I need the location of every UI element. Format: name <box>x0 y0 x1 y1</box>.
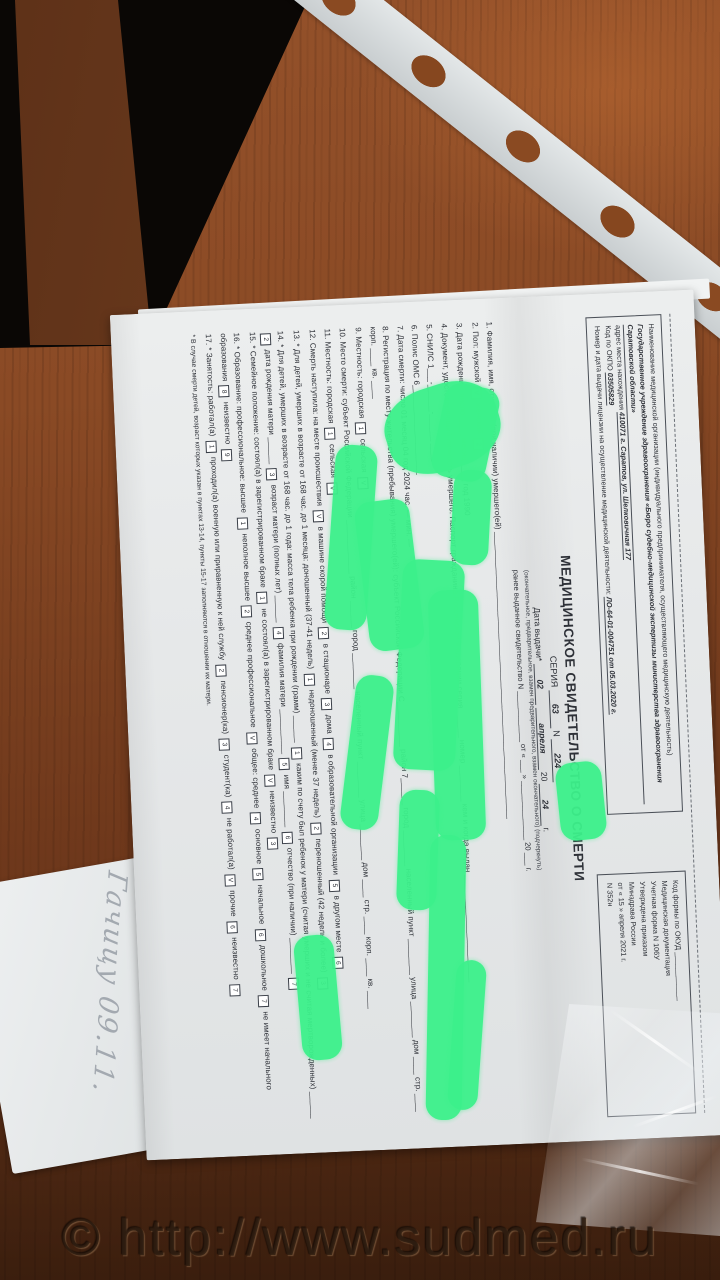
checkbox: 2 <box>317 627 329 639</box>
checkbox: 6 <box>226 921 238 933</box>
series-value: 63 <box>549 690 562 728</box>
checkbox: V <box>224 874 236 886</box>
checkbox: 3 <box>266 468 278 480</box>
checkbox: 7 <box>258 995 270 1007</box>
issue-label: Дата выдачи* <box>532 607 544 661</box>
checkbox: 1 <box>354 422 366 434</box>
checkbox: V <box>264 774 276 786</box>
checkbox: 6 <box>255 929 267 941</box>
series-label: СЕРИЯ <box>549 656 560 688</box>
checkbox: 5 <box>328 879 340 891</box>
sudmed-watermark: © http://www.sudmed.ru <box>0 1208 720 1268</box>
marker-redaction <box>450 469 493 566</box>
checkbox: 1 <box>205 440 217 452</box>
checkbox: 1 <box>256 592 268 604</box>
issue-day: 02 <box>534 663 547 705</box>
checkbox: 4 <box>273 627 285 639</box>
organization-box: Наименование медицинской организации (ин… <box>585 314 683 815</box>
okpo-label: Код по ОКПО <box>603 325 614 371</box>
checkbox: 8 <box>218 385 230 397</box>
checkbox: 4 <box>221 801 233 813</box>
pencil-note: Гачицу 09.11. <box>28 856 133 1104</box>
checkbox: V <box>312 510 324 522</box>
checkbox: 4 <box>250 812 262 824</box>
checkbox: 6 <box>282 831 294 843</box>
issue-year: 24 <box>539 783 552 825</box>
okpo-value: 03505829 <box>605 373 616 406</box>
checkbox: 1 <box>237 517 249 529</box>
checkbox: 5 <box>279 758 291 770</box>
checkbox: 2 <box>241 605 253 617</box>
checkbox: 5 <box>252 868 264 880</box>
issue-year-prefix: 20 <box>540 772 550 782</box>
checkbox: 2 <box>215 664 227 676</box>
checkbox: 7 <box>229 984 241 996</box>
photo-of-death-certificate: Гачицу 09.11. Наименование медицинской о… <box>0 0 720 1280</box>
checkbox: 1 <box>291 747 303 759</box>
checkbox: 3 <box>267 837 279 849</box>
issue-month: апреля <box>536 707 550 770</box>
marker-redaction <box>554 760 608 842</box>
checkbox: 3 <box>320 698 332 710</box>
number-label: N <box>552 730 562 737</box>
checkbox: 9 <box>221 449 233 461</box>
issue-year-suffix: г. <box>542 827 552 832</box>
checkbox: 2 <box>260 333 272 345</box>
checkbox: 3 <box>218 738 230 750</box>
checkbox: 2 <box>310 822 322 834</box>
checkbox: 1 <box>304 673 316 685</box>
checkbox: 4 <box>322 738 334 750</box>
checkbox: 1 <box>324 428 336 440</box>
checkbox: V <box>246 732 258 744</box>
